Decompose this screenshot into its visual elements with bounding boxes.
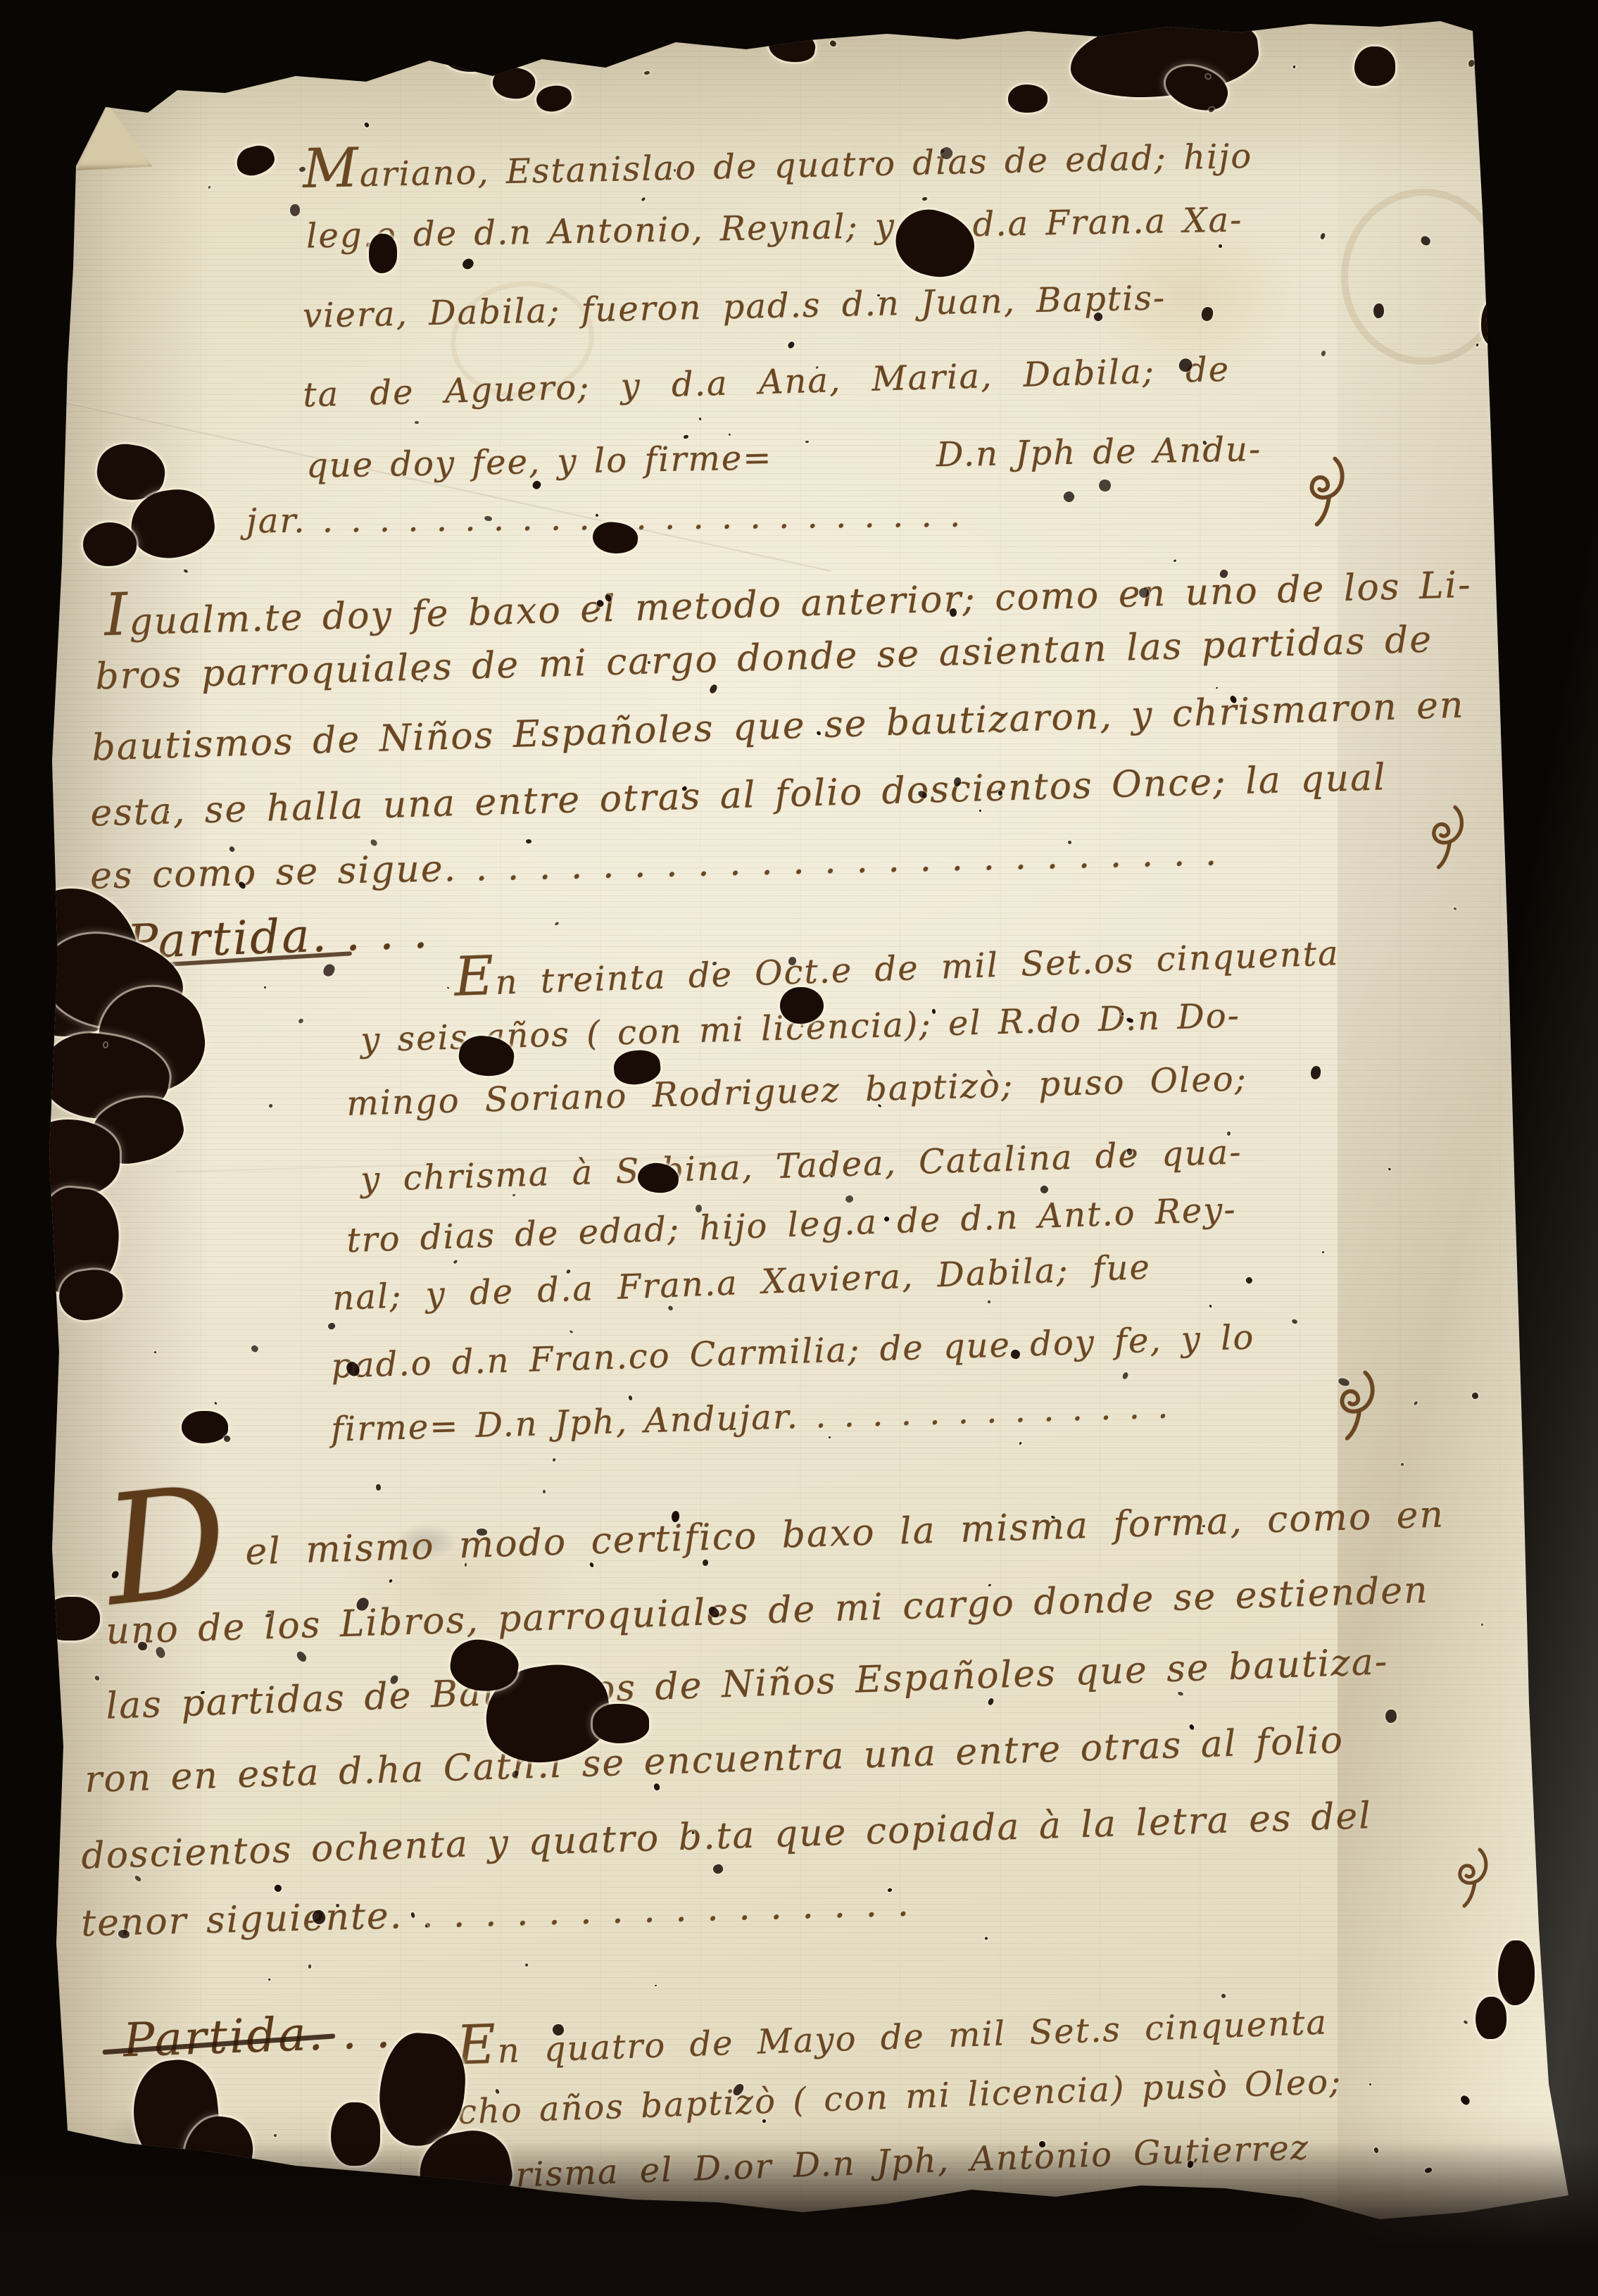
ink-blot	[767, 27, 818, 66]
ink-speck	[1293, 65, 1296, 68]
ink-speck	[1373, 303, 1384, 319]
ink-blot	[442, 32, 501, 72]
ink-speck	[648, 661, 650, 664]
ink-speck	[1385, 1710, 1397, 1724]
manuscript-line: esta, se halla una entre otras al folio …	[90, 756, 1388, 834]
ink-speck	[298, 1017, 305, 1024]
ink-speck	[363, 122, 370, 128]
ink-speck	[273, 1883, 283, 1893]
ink-speck	[78, 95, 81, 98]
ink-speck	[845, 1195, 854, 1203]
ink-blot	[83, 522, 137, 566]
ink-speck	[183, 569, 188, 573]
ink-speck	[1062, 489, 1076, 504]
ink-speck	[153, 1350, 156, 1353]
ink-speck	[415, 421, 419, 424]
ink-speck	[1369, 2083, 1372, 2085]
ink-speck	[1476, 344, 1479, 347]
ink-speck	[1291, 1319, 1298, 1325]
ink-speck	[1121, 1372, 1129, 1380]
ink-speck	[453, 1259, 458, 1264]
ink-speck	[524, 1963, 528, 1966]
ink-speck	[543, 1490, 546, 1493]
folded-corner	[73, 104, 152, 170]
ink-speck	[1338, 1377, 1351, 1388]
manuscript-line: firme= D.n Jph, Andujar. . . . . . . . .…	[330, 1386, 1170, 1449]
partida-label: Partida. . . .	[122, 2003, 427, 2068]
ink-speck	[290, 204, 301, 217]
ink-speck	[987, 1698, 995, 1706]
manuscript-line: En treinta de Oct.e de mil Set.os cinque…	[453, 915, 1340, 1009]
ink-speck	[641, 197, 646, 202]
ink-blot	[1498, 1940, 1535, 2005]
ink-speck	[308, 1964, 312, 1969]
ink-speck	[698, 418, 701, 421]
ink-blot	[182, 1411, 228, 1443]
ink-speck	[655, 1985, 658, 1987]
ink-speck	[762, 2119, 766, 2123]
signature-flourish-icon	[1422, 803, 1467, 870]
ink-speck	[1471, 1392, 1478, 1400]
ink-speck	[1227, 1131, 1231, 1136]
manuscript-line: pad.o d.n Fran.co Carmilia; de que doy f…	[330, 1317, 1255, 1386]
ink-speck	[877, 294, 880, 296]
ink-speck	[787, 341, 795, 349]
ink-speck	[208, 186, 210, 189]
ink-speck	[829, 39, 838, 48]
ink-blot	[1492, 394, 1518, 429]
ink-speck	[712, 1863, 724, 1875]
ink-speck	[1309, 1065, 1321, 1081]
ink-speck	[1200, 306, 1215, 322]
ink-speck	[729, 433, 731, 436]
ink-speck	[950, 608, 957, 617]
manuscript-page: Mariano, Estanislao de quatro dias de ed…	[0, 0, 1598, 2296]
ink-speck	[214, 1402, 218, 1405]
ink-speck	[1219, 244, 1222, 249]
ink-blot	[1067, 10, 1262, 105]
ink-speck	[1424, 2167, 1433, 2173]
ink-speck	[250, 1344, 259, 1353]
manuscript-line: y chrisma à Sabina, Tadea, Catalina de q…	[360, 1132, 1242, 1199]
ink-speck	[1467, 59, 1475, 68]
ink-speck	[268, 1103, 273, 1108]
ink-blot	[1481, 300, 1509, 346]
ink-blot	[593, 1704, 649, 1743]
ink-blot	[1008, 84, 1047, 113]
signature-flourish-icon	[1449, 1845, 1491, 1909]
ink-speck	[1039, 1184, 1050, 1195]
ink-speck	[1019, 1441, 1022, 1445]
paper-stain-ring	[1341, 189, 1506, 365]
ink-speck	[274, 2134, 277, 2137]
ink-speck	[526, 839, 531, 843]
ink-speck	[1388, 1167, 1392, 1170]
illuminated-initial: D	[99, 1476, 234, 1617]
ink-speck	[653, 1783, 660, 1790]
manuscript-line: y chrisma el D.or D.n Jph, Antonio Gutie…	[430, 2128, 1310, 2198]
ink-speck	[477, 1529, 487, 1536]
ink-speck	[644, 70, 650, 75]
ink-speck	[984, 1937, 988, 1940]
ink-speck	[1097, 478, 1112, 493]
ink-speck	[979, 810, 982, 812]
manuscript-line: leg.o de d.n Antonio, Reynal; y de d.a F…	[306, 200, 1243, 256]
ink-blot	[780, 987, 824, 1024]
manuscript-line: nal; y de d.a Fran.a Xaviera, Dabila; fu…	[332, 1248, 1152, 1319]
manuscript-line: es como se sigue. . . . . . . . . . . . …	[90, 832, 1219, 898]
ink-speck	[570, 1330, 574, 1334]
ink-speck	[94, 1675, 101, 1681]
manuscript-photo: Mariano, Estanislao de quatro dias de ed…	[0, 0, 1598, 2296]
ink-speck	[1419, 234, 1433, 247]
ink-blot	[491, 65, 537, 101]
ink-speck	[81, 118, 84, 122]
ink-blot	[331, 2102, 380, 2166]
ink-speck	[1245, 1276, 1254, 1285]
ink-speck	[1373, 2147, 1379, 2153]
signature-flourish-icon	[1329, 1366, 1378, 1443]
ink-speck	[370, 839, 379, 848]
ink-blot	[1354, 46, 1395, 86]
manuscript-line: que doy fee, y lo firme= D.n Jph de Andu…	[306, 429, 1262, 486]
manuscript-line: viera, Dabila; fueron pad.s d.n Juan, Ba…	[303, 278, 1166, 336]
manuscript-line: uno de los Libros, parroquiales de mi ca…	[106, 1569, 1430, 1652]
ink-speck	[552, 1457, 557, 1462]
ink-speck	[1320, 232, 1326, 240]
ink-blot	[21, 1119, 120, 1197]
ink-speck	[1209, 1304, 1212, 1307]
ink-speck	[1459, 2094, 1471, 2107]
ink-speck	[268, 1978, 271, 1981]
ink-speck	[1321, 350, 1326, 356]
ink-speck	[376, 1484, 381, 1491]
signature-flourish-icon	[1299, 452, 1348, 529]
ink-speck	[702, 1560, 708, 1567]
ink-blot	[1476, 1997, 1506, 2039]
ink-speck	[460, 257, 475, 272]
ink-speck	[1413, 1400, 1418, 1405]
manuscript-line: el mismo modo certifico baxo la misma fo…	[244, 1493, 1445, 1574]
ink-speck	[709, 684, 719, 694]
ink-speck	[829, 1436, 831, 1438]
ink-blot	[234, 142, 278, 180]
ink-speck	[667, 1305, 674, 1311]
ink-speck	[998, 791, 1002, 796]
ink-speck	[295, 1650, 308, 1663]
ink-speck	[1321, 1250, 1324, 1253]
ink-blot	[534, 83, 573, 114]
manuscript-line: En quatro de Mayo de mil Set.s cinquenta	[455, 1984, 1328, 2077]
ink-speck	[1216, 687, 1218, 689]
manuscript-line: Mariano, Estanislao de quatro dias de ed…	[302, 118, 1253, 201]
manuscript-line: doscientos ochenta y quatro b.ta que cop…	[81, 1795, 1373, 1878]
ink-speck	[554, 922, 559, 926]
ink-speck	[1177, 1691, 1183, 1696]
ink-blot	[41, 1597, 100, 1641]
page-curvature-shading	[1338, 0, 1598, 2296]
ink-speck	[1401, 1463, 1404, 1466]
ink-speck	[447, 986, 450, 989]
ink-speck	[922, 196, 928, 201]
ink-speck	[389, 1579, 393, 1583]
ink-speck	[1481, 1624, 1483, 1626]
manuscript-line: ron en esta d.ha Cath.l se encuentra una…	[84, 1719, 1344, 1801]
ink-speck	[229, 83, 239, 91]
ink-speck	[628, 1395, 633, 1400]
ink-speck	[1454, 907, 1457, 910]
ink-speck	[1463, 2020, 1468, 2025]
manuscript-line: tenor siguiente. . . . . . . . . . . . .…	[80, 1883, 910, 1945]
ink-speck	[683, 434, 688, 439]
ink-blot	[128, 2056, 223, 2170]
ink-speck	[264, 986, 267, 989]
ink-blot	[369, 234, 397, 273]
ink-speck	[321, 962, 336, 978]
manuscript-line: ta de Aguero; y d.a Ana, Maria, Dabila; …	[302, 350, 1230, 415]
ink-speck	[512, 1193, 515, 1196]
ink-speck	[327, 1322, 336, 1330]
ink-speck	[589, 1562, 595, 1568]
manuscript-line: bautismos de Niños Españoles que se baut…	[92, 684, 1466, 769]
partida-label: Partida. . . .	[126, 905, 431, 970]
ink-speck	[988, 1300, 990, 1304]
